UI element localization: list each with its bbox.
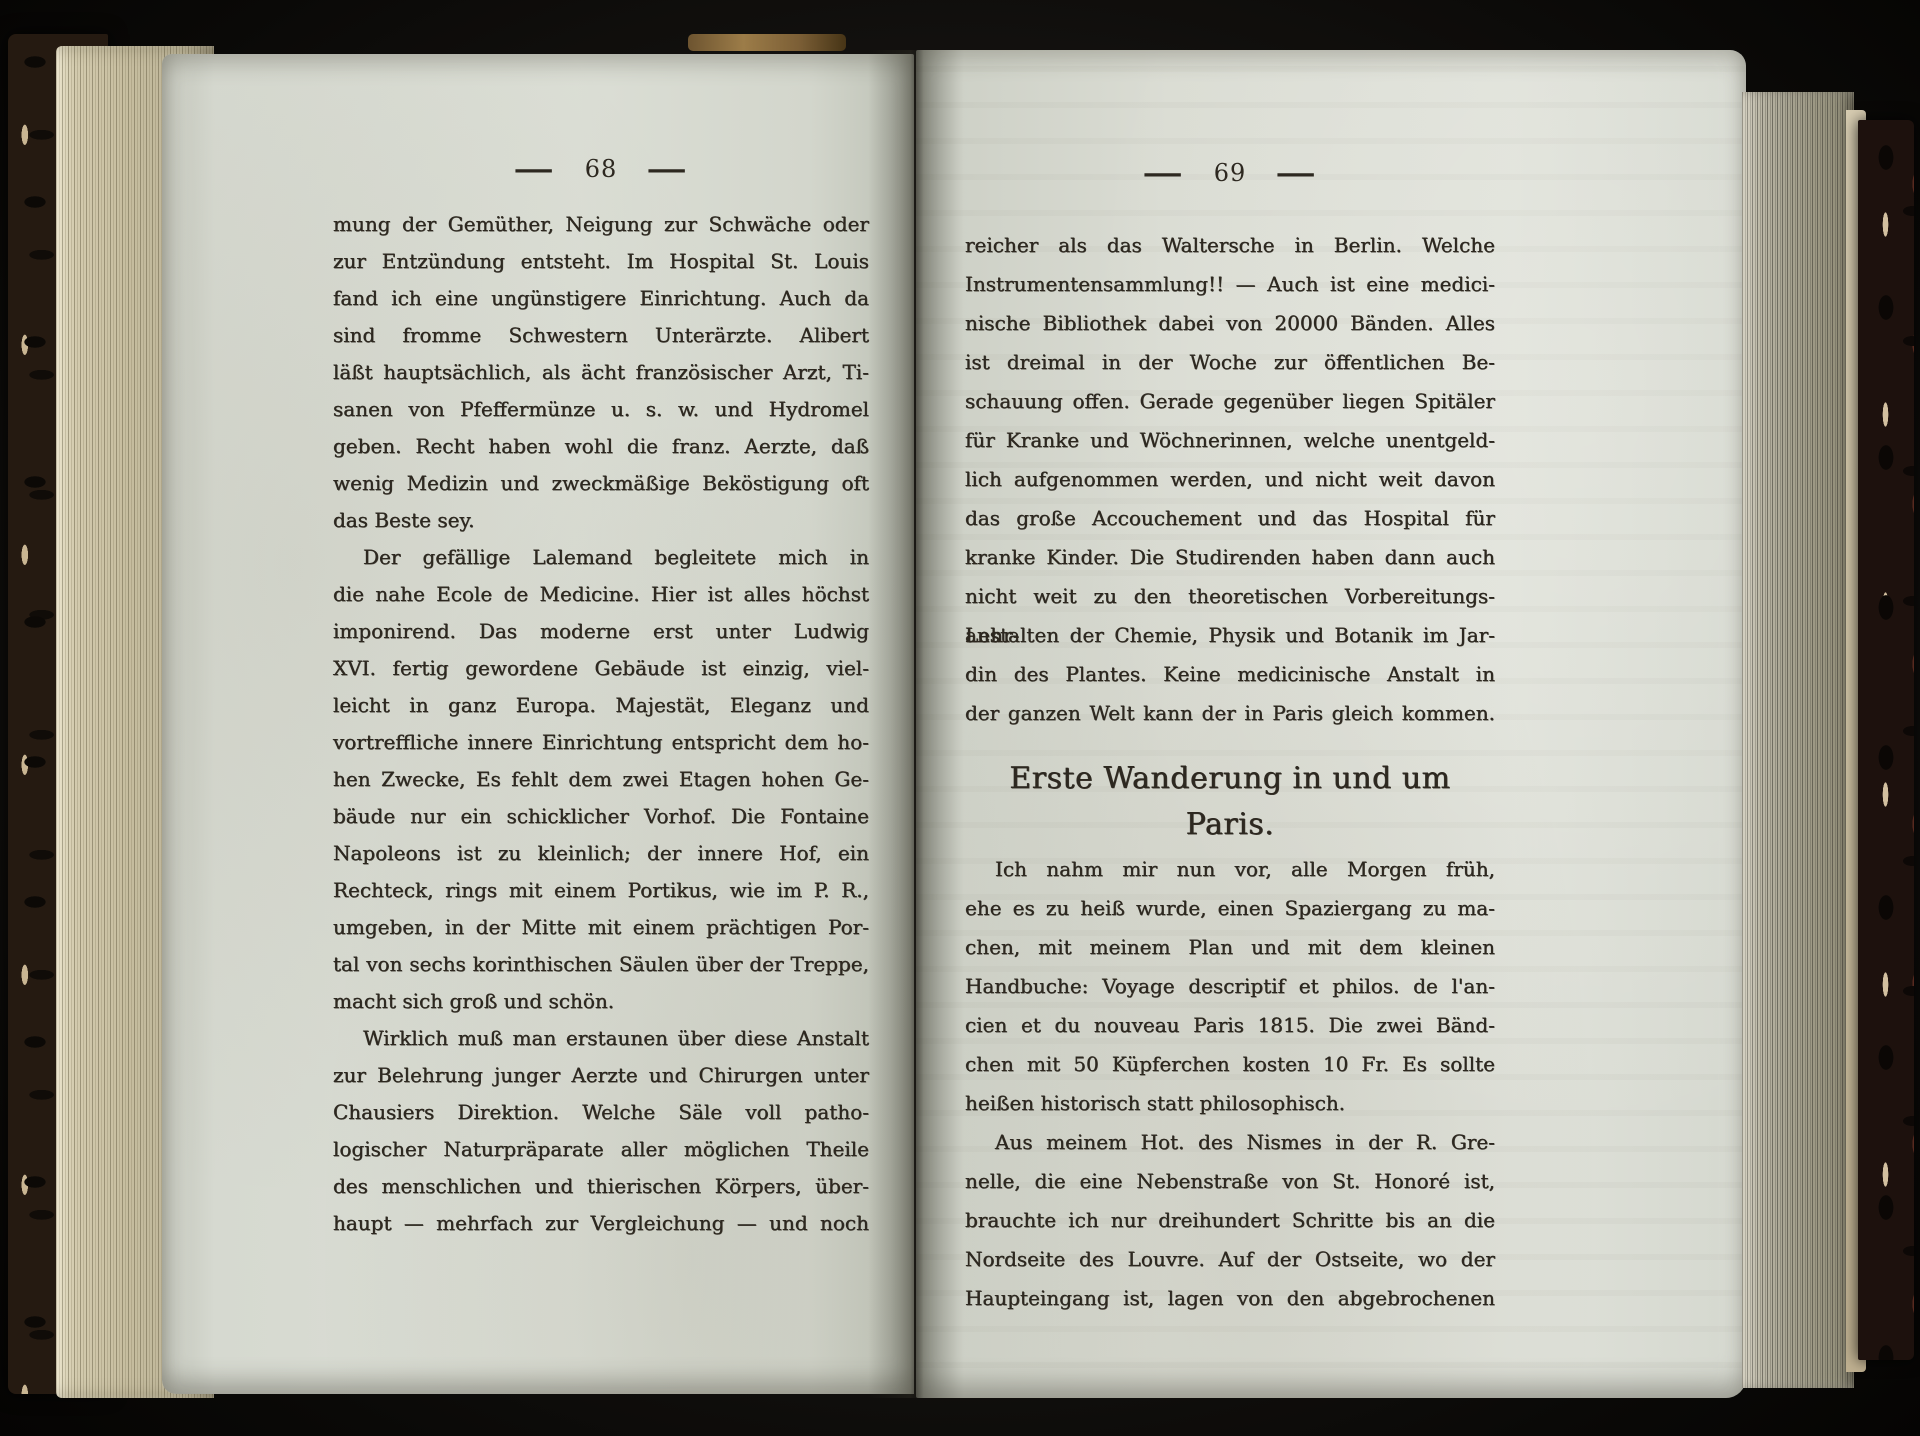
- page-68-textblock: mung der Gemüther, Neigung zur Schwäche …: [333, 206, 869, 1242]
- text-line: heißen historisch statt philosophisch.: [965, 1084, 1495, 1123]
- text-line: fand ich eine ungünstigere Einrichtung. …: [333, 280, 869, 317]
- page-number-69: 69: [1214, 159, 1247, 187]
- page-68: — 68 — mung der Gemüther, Neigung zur Sc…: [162, 54, 914, 1394]
- header-dash-right: —: [647, 152, 690, 185]
- text-line: ist dreimal in der Woche zur öffentliche…: [965, 343, 1495, 382]
- page-edges-right-stack: [1742, 92, 1854, 1388]
- text-line: umgeben, in der Mitte mit einem prächtig…: [333, 909, 869, 946]
- text-line: wenig Medizin und zweckmäßige Beköstigun…: [333, 465, 869, 502]
- book-spine-top-edge: [688, 34, 846, 51]
- text-line: Der gefällige Lalemand begleitete mich i…: [333, 539, 869, 576]
- text-line: Ich nahm mir nun vor, alle Morgen früh,: [965, 850, 1495, 889]
- text-line: das große Accouchement und das Hospital …: [965, 499, 1495, 538]
- text-line: bäude nur ein schicklicher Vorhof. Die F…: [333, 798, 869, 835]
- page-69-header: — 69 —: [965, 158, 1495, 187]
- text-line: Chausiers Direktion. Welche Säle voll pa…: [333, 1094, 869, 1131]
- text-line: reicher als das Waltersche in Berlin. We…: [965, 226, 1495, 265]
- text-line: sanen von Pfeffermünze u. s. w. und Hydr…: [333, 391, 869, 428]
- text-line: das Beste sey.: [333, 502, 869, 539]
- page-69-textblock-top: reicher als das Waltersche in Berlin. We…: [965, 226, 1495, 733]
- text-line: hen Zwecke, Es fehlt dem zwei Etagen hoh…: [333, 761, 869, 798]
- text-line: für Kranke und Wöchnerinnen, welche unen…: [965, 421, 1495, 460]
- text-line: Handbuche: Voyage descriptif et philos. …: [965, 967, 1495, 1006]
- text-line: XVI. fertig gewordene Gebäude ist einzig…: [333, 650, 869, 687]
- text-line: zur Entzündung entsteht. Im Hospital St.…: [333, 243, 869, 280]
- text-line: schauung offen. Gerade gegenüber liegen …: [965, 382, 1495, 421]
- text-line: chen, mit meinem Plan und mit dem kleine…: [965, 928, 1495, 967]
- text-line: imponirend. Das moderne erst unter Ludwi…: [333, 613, 869, 650]
- text-line: Aus meinem Hot. des Nismes in der R. Gre…: [965, 1123, 1495, 1162]
- text-line: kranke Kinder. Die Studirenden haben dan…: [965, 538, 1495, 577]
- text-line: ehe es zu heiß wurde, einen Spaziergang …: [965, 889, 1495, 928]
- book-photo: — 68 — mung der Gemüther, Neigung zur Sc…: [0, 0, 1920, 1436]
- header-dash-left: —: [1142, 156, 1185, 189]
- text-line: brauchte ich nur dreihundert Schritte bi…: [965, 1201, 1495, 1240]
- section-heading: Erste Wanderung in und um Paris.: [965, 756, 1495, 802]
- text-line: vortreffliche innere Einrichtung entspri…: [333, 724, 869, 761]
- text-line: haupt — mehrfach zur Vergleichung — und …: [333, 1205, 869, 1242]
- text-line: sind fromme Schwestern Unterärzte. Alibe…: [333, 317, 869, 354]
- text-line: cien et du nouveau Paris 1815. Die zwei …: [965, 1006, 1495, 1045]
- text-line: chen mit 50 Küpferchen kosten 10 Fr. Es …: [965, 1045, 1495, 1084]
- header-dash-right: —: [1276, 156, 1319, 189]
- text-line: läßt hauptsächlich, als ächt französisch…: [333, 354, 869, 391]
- page-69-textblock-bottom: Ich nahm mir nun vor, alle Morgen früh, …: [965, 850, 1495, 1318]
- book-cover-right-marbled: [1858, 120, 1914, 1360]
- text-line: Rechteck, rings mit einem Portikus, wie …: [333, 872, 869, 909]
- text-line: geben. Recht haben wohl die franz. Aerzt…: [333, 428, 869, 465]
- text-line: lich aufgenommen werden, und nicht weit …: [965, 460, 1495, 499]
- text-line: Nordseite des Louvre. Auf der Ostseite, …: [965, 1240, 1495, 1279]
- page-68-header: — 68 —: [333, 154, 869, 183]
- page-69: — 69 — reicher als das Waltersche in Ber…: [916, 50, 1746, 1398]
- page-number-68: 68: [585, 155, 618, 183]
- text-line: zur Belehrung junger Aerzte und Chirurge…: [333, 1057, 869, 1094]
- text-line: nelle, die eine Nebenstraße von St. Hono…: [965, 1162, 1495, 1201]
- text-line: Napoleons ist zu kleinlich; der innere H…: [333, 835, 869, 872]
- text-line: nicht weit zu den theoretischen Vorberei…: [965, 577, 1495, 616]
- text-line: macht sich groß und schön.: [333, 983, 869, 1020]
- header-dash-left: —: [513, 152, 556, 185]
- text-line: der ganzen Welt kann der in Paris gleich…: [965, 694, 1495, 733]
- text-line: logischer Naturpräparate aller möglichen…: [333, 1131, 869, 1168]
- text-line: din des Plantes. Keine medicinische Anst…: [965, 655, 1495, 694]
- text-line: des menschlichen und thierischen Körpers…: [333, 1168, 869, 1205]
- text-line: die nahe Ecole de Medicine. Hier ist all…: [333, 576, 869, 613]
- text-line: nische Bibliothek dabei von 20000 Bänden…: [965, 304, 1495, 343]
- text-line: Instrumentensammlung!! — Auch ist eine m…: [965, 265, 1495, 304]
- text-line: mung der Gemüther, Neigung zur Schwäche …: [333, 206, 869, 243]
- text-line: anstalten der Chemie, Physik und Botanik…: [965, 616, 1495, 655]
- text-line: leicht in ganz Europa. Majestät, Eleganz…: [333, 687, 869, 724]
- text-line: Wirklich muß man erstaunen über diese An…: [333, 1020, 869, 1057]
- text-line: tal von sechs korinthischen Säulen über …: [333, 946, 869, 983]
- text-line: Haupteingang ist, lagen von den abgebroc…: [965, 1279, 1495, 1318]
